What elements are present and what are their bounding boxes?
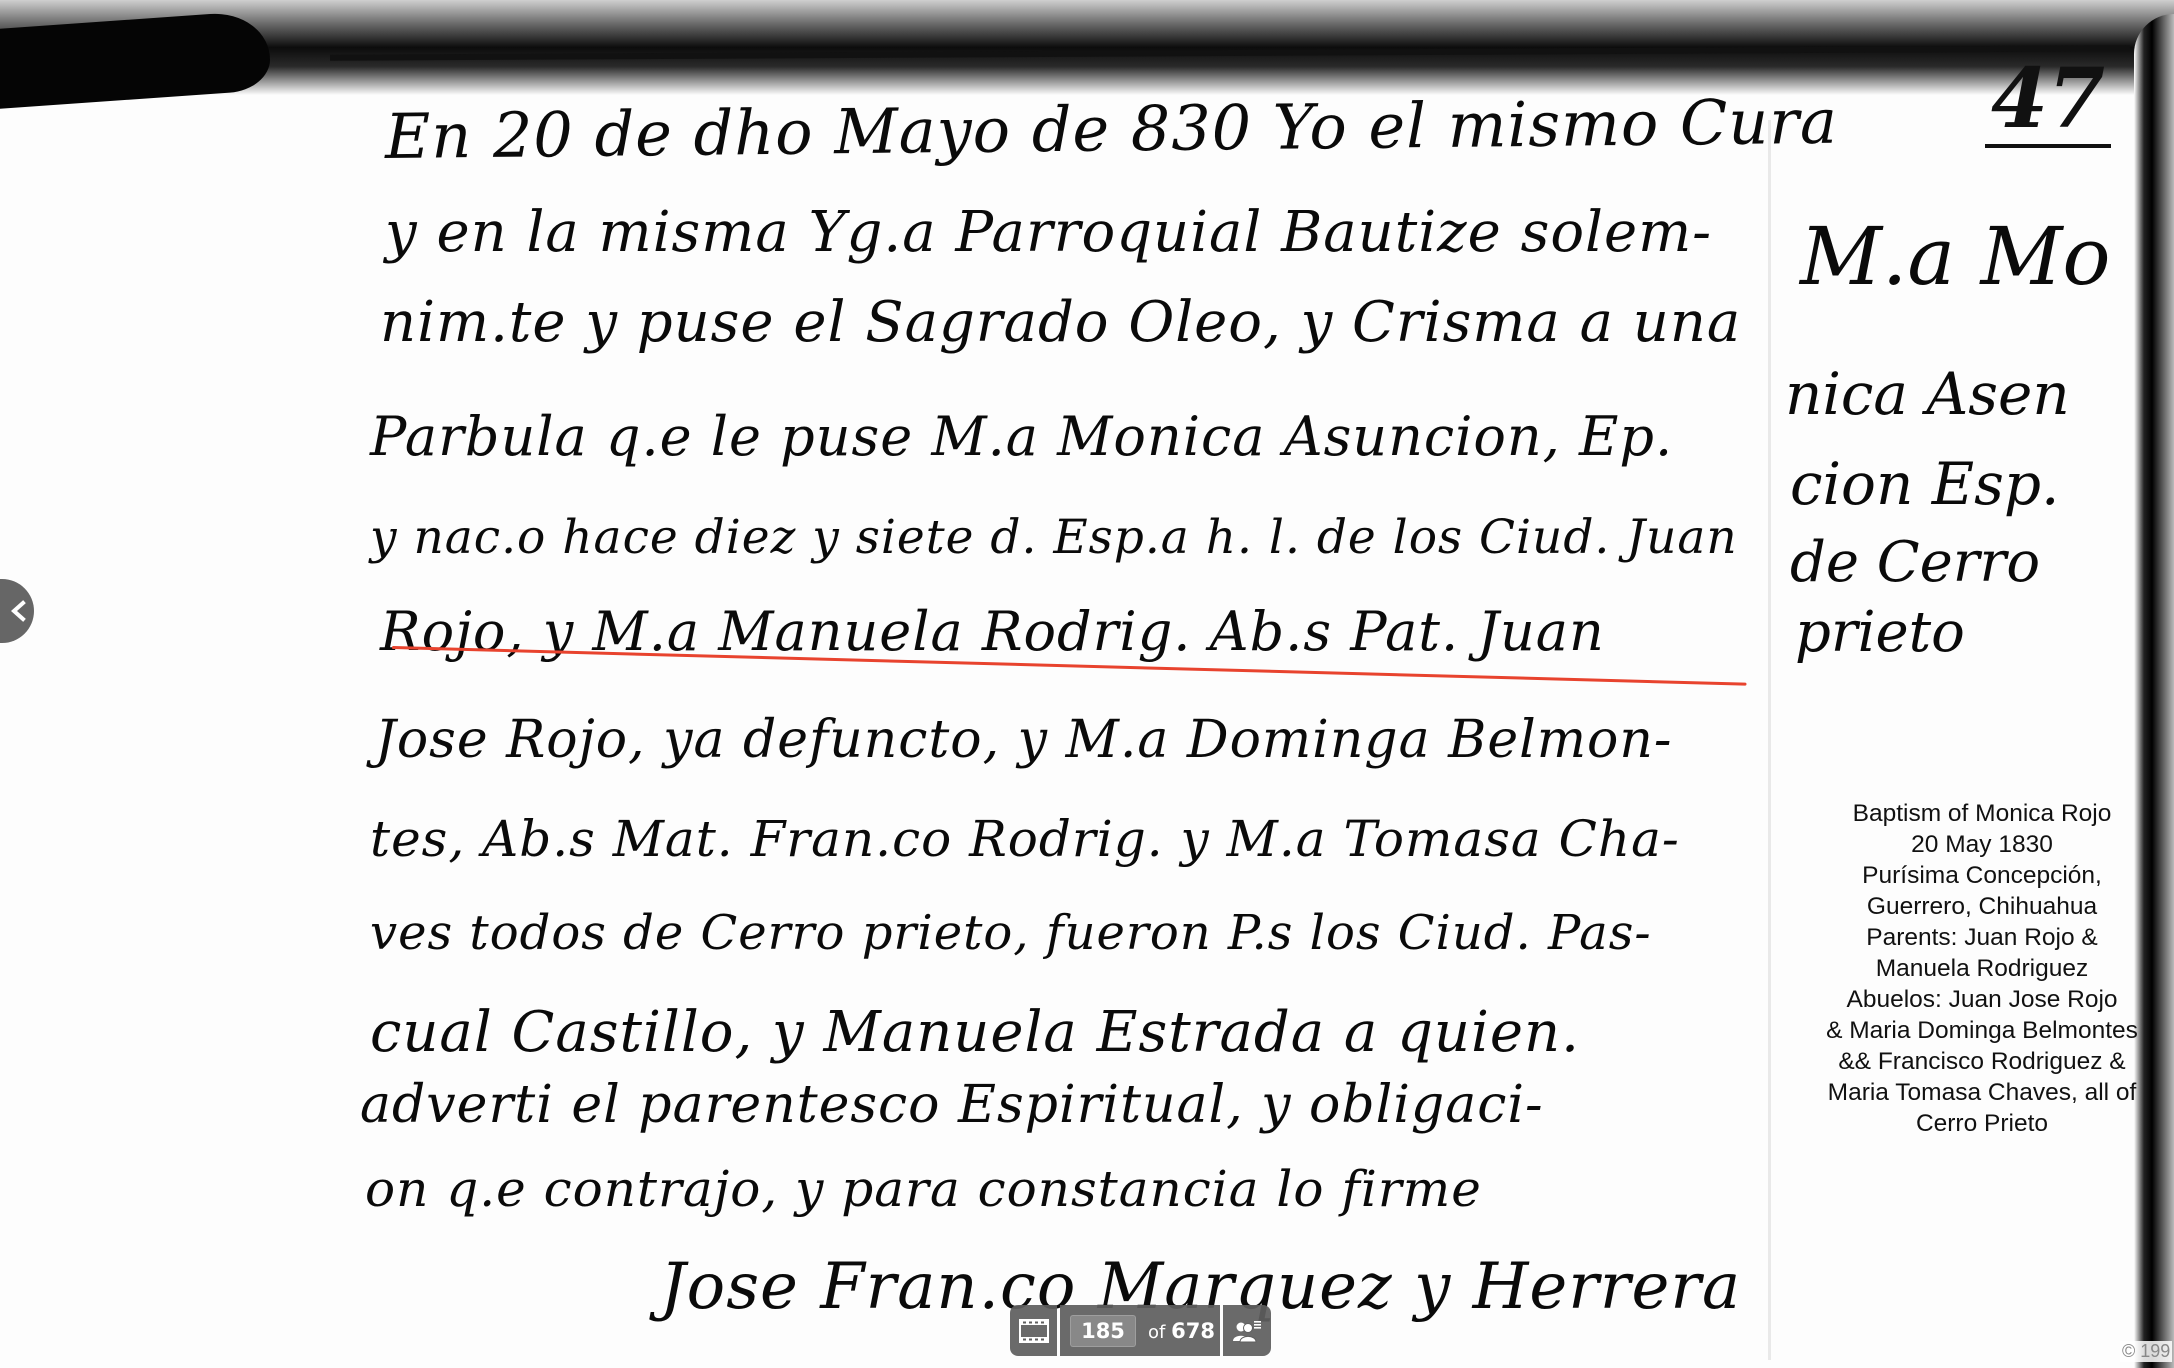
scan-binding-shadow [0,10,270,110]
annotation-grandparents: Abuelos: Juan Jose Rojo [1790,984,2174,1015]
margin-note-line: de Cerro [1790,530,2040,595]
margin-note-line: M.a Mo [1800,210,2111,303]
annotation-origin: Cerro Prieto [1790,1108,2174,1139]
handwritten-line: Parbula q.e le puse M.a Monica Asuncion,… [370,405,1673,468]
handwritten-line: y nac.o hace diez y siete d. Esp.a h. l.… [370,510,1738,565]
filmstrip-button[interactable] [1010,1305,1057,1356]
film-strip-icon [1019,1319,1049,1343]
handwritten-line: on q.e contrajo, y para constancia lo fi… [365,1160,1482,1218]
people-index-button[interactable] [1223,1305,1271,1356]
page-navigator: of 678 [1060,1305,1220,1356]
annotation-parish: Purísima Concepción, [1790,860,2174,891]
handwritten-line: ves todos de Cerro prieto, fueron P.s lo… [370,905,1652,961]
page-number: 47 [1985,58,2111,148]
image-navigation-toolbar: of 678 [1010,1305,1271,1356]
image-count: of 678 [1148,1319,1215,1343]
margin-note-line: nica Asen [1785,360,2070,428]
scan-right-edge [2134,14,2174,1368]
annotation-parents-cont: Manuela Rodriguez [1790,953,2174,984]
handwritten-line: nim.te y puse el Sagrado Oleo, y Crisma … [380,290,1741,355]
chevron-left-icon [10,600,26,622]
record-annotation: Baptism of Monica Rojo 20 May 1830 Purís… [1790,798,2174,1139]
previous-image-button[interactable] [0,579,34,643]
annotation-parents: Parents: Juan Rojo & [1790,922,2174,953]
margin-note-line: prieto [1795,600,1965,665]
handwritten-line: Jose Rojo, ya defuncto, y M.a Dominga Be… [375,710,1672,770]
annotation-grandparents-cont: Maria Tomasa Chaves, all of [1790,1077,2174,1108]
annotation-grandparents-cont: & Maria Dominga Belmontes [1790,1015,2174,1046]
annotation-title: Baptism of Monica Rojo [1790,798,2174,829]
of-label: of [1148,1322,1165,1343]
people-list-icon [1232,1319,1262,1343]
handwritten-line: cual Castillo, y Manuela Estrada a quien… [370,1000,1580,1065]
handwritten-line: tes, Ab.s Mat. Fran.co Rodrig. y M.a Tom… [370,810,1680,868]
image-viewer[interactable]: 47 En 20 de dho Mayo de 830 Yo el mismo … [0,0,2174,1368]
current-image-input[interactable] [1070,1315,1136,1347]
margin-divider [1768,120,1771,1360]
annotation-date: 20 May 1830 [1790,829,2174,860]
copyright-notice: © 199 [2120,1341,2172,1362]
handwritten-line: adverti el parentesco Espiritual, y obli… [360,1075,1544,1135]
total-images: 678 [1171,1319,1215,1343]
annotation-place: Guerrero, Chihuahua [1790,891,2174,922]
annotation-grandparents-cont: && Francisco Rodriguez & [1790,1046,2174,1077]
margin-note-line: cion Esp. [1790,450,2059,518]
handwritten-line: y en la misma Yg.a Parroquial Bautize so… [385,200,1712,265]
handwritten-line: En 20 de dho Mayo de 830 Yo el mismo Cur… [385,85,1839,173]
